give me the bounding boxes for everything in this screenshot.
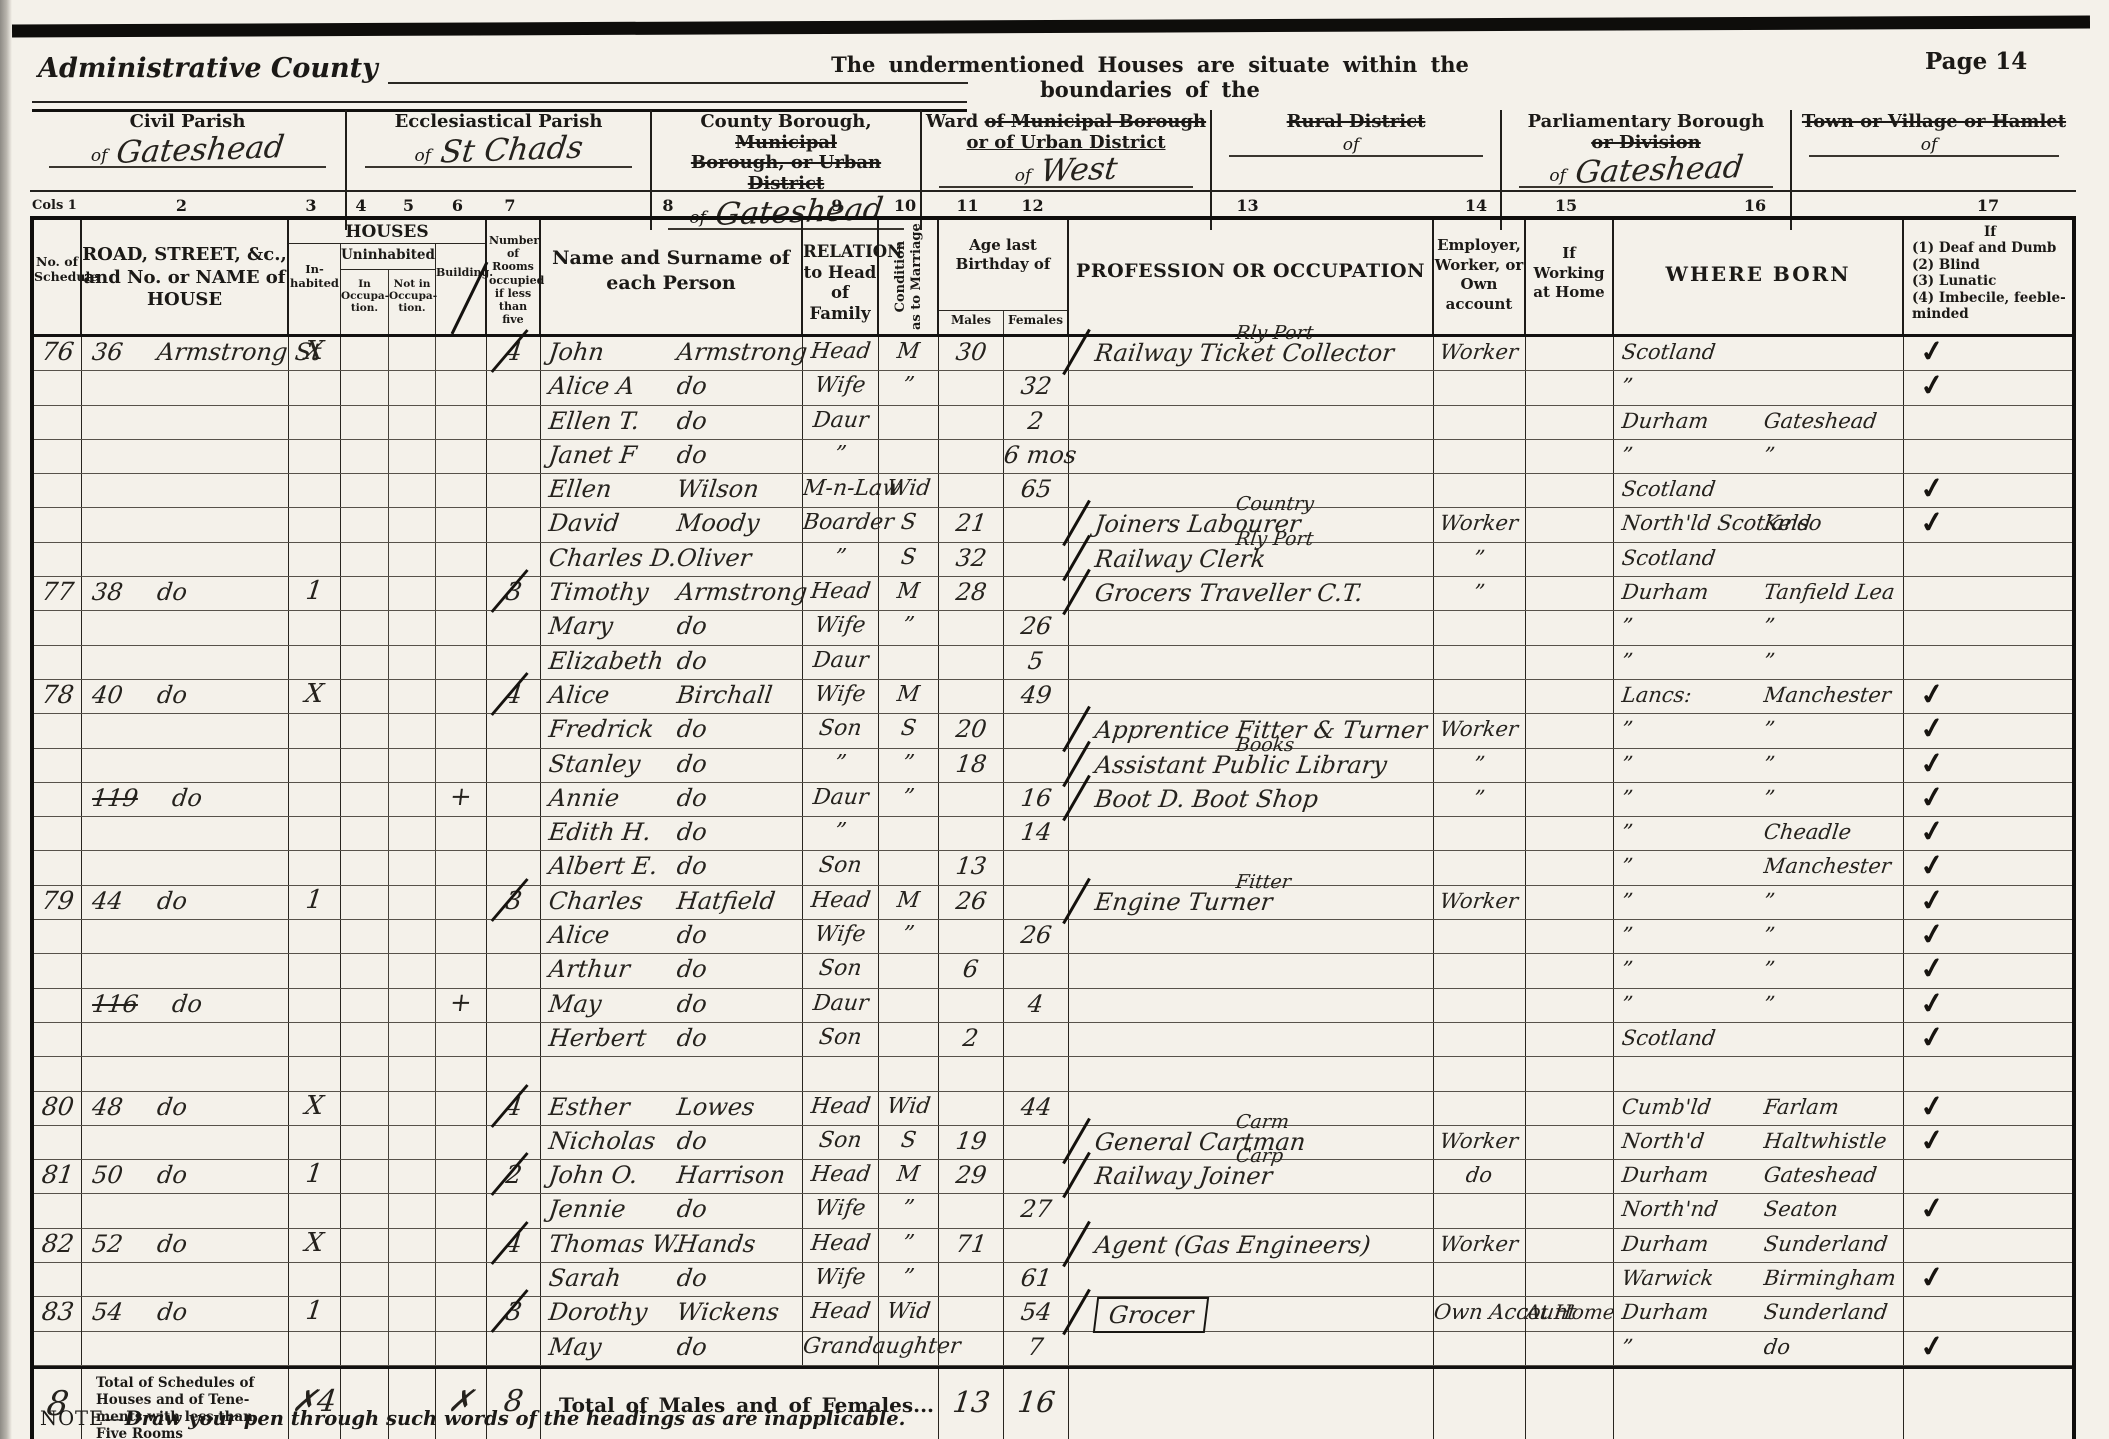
cell-working-at-home (1526, 1229, 1614, 1262)
district-label-line1: Ward (926, 111, 978, 132)
person-surname: do (675, 371, 708, 401)
cell-working-at-home (1526, 954, 1614, 987)
cell-not-in-occupation (389, 954, 436, 987)
cell-name: Charles D.Oliver (541, 543, 803, 576)
person-surname: do (675, 1263, 708, 1293)
table-row: AlicedoWife”26””✓ (34, 920, 2072, 954)
check-mark: ✓ (1918, 1124, 1946, 1155)
cell-schedule: 76 (34, 337, 82, 370)
inhabited-mark: 1 (304, 886, 324, 914)
born-place: ” (1762, 749, 1776, 779)
employer-value: Worker (1439, 508, 1521, 538)
house-number: 36 (90, 337, 125, 370)
total-infirmity-empty (1904, 1369, 2072, 1439)
cell-rooms (487, 440, 541, 473)
cell-schedule: 77 (34, 577, 82, 610)
born-county: North'nd (1620, 1194, 1719, 1224)
cell-in-occupation (341, 1332, 389, 1365)
cell-where-born: ”” (1614, 749, 1904, 782)
table-row: Alice AdoWife”32”✓ (34, 371, 2072, 405)
person-forename: May (547, 989, 603, 1019)
cell-age-female (1004, 1126, 1069, 1159)
cell-age-female (1004, 577, 1069, 610)
table-row: 119do+AnniedoDaur”16Boot D. Boot Shop”””… (34, 783, 2072, 817)
person-surname: Oliver (675, 543, 753, 573)
cell-in-occupation (341, 749, 389, 782)
cell-infirmity: ✓ (1904, 886, 2072, 919)
schedule-number: 80 (40, 1092, 75, 1122)
cell-working-at-home: At Home (1526, 1297, 1614, 1333)
cell-inhabited (289, 920, 341, 953)
cell-infirmity: ✓ (1904, 1092, 2072, 1125)
cell-infirmity: ✓ (1904, 1023, 2072, 1056)
cell-age-male (939, 989, 1004, 1022)
table-row: DavidMoodyBoarderS21CountryJoiners Labou… (34, 508, 2072, 542)
relation-value: Son (817, 1023, 863, 1053)
cell-working-at-home (1526, 851, 1614, 884)
cell-schedule (34, 508, 82, 541)
inhabited-mark: X (304, 680, 326, 708)
person-forename: Ellen (547, 474, 613, 504)
cell-address: 119do (82, 783, 289, 816)
cell-rooms (487, 783, 541, 816)
cell-profession: Grocer (1069, 1297, 1434, 1333)
relation-value: Head (809, 1160, 872, 1190)
table-row: 8252doX4Thomas W.HandsHead”71Agent (Gas … (34, 1229, 2072, 1263)
check-mark: ✓ (1918, 953, 1946, 984)
inhabited-mark: X (304, 337, 326, 365)
relation-value: Daur (811, 406, 870, 436)
born-place: ” (1762, 920, 1776, 950)
district-label-line1: Ecclesiastical Parish (395, 111, 603, 132)
relation-value: Daur (811, 989, 870, 1019)
cell-age-female: 61 (1004, 1263, 1069, 1296)
cell-in-occupation (341, 954, 389, 987)
table-row: SarahdoWife”61WarwickBirmingham✓ (34, 1263, 2072, 1297)
born-place: Kelso (1762, 508, 1823, 538)
relation-value: ” (833, 817, 848, 847)
cell-working-at-home (1526, 920, 1614, 953)
employer-value: Worker (1439, 1229, 1521, 1259)
condition-value: ” (901, 611, 916, 641)
cell-working-at-home (1526, 1057, 1614, 1090)
district-handwritten-value: Gateshead (115, 132, 286, 169)
page-number: Page 14 (1925, 48, 2027, 75)
age-female-value: 49 (1019, 680, 1053, 710)
cell-not-in-occupation (389, 543, 436, 576)
person-surname: Hands (675, 1229, 757, 1259)
header-inhabited: In- habited (289, 244, 341, 334)
cell-working-at-home (1526, 371, 1614, 404)
check-mark: ✓ (1918, 507, 1946, 538)
cell-age-female: 26 (1004, 611, 1069, 644)
cell-relation: Daur (803, 646, 879, 679)
relation-value: Son (817, 1126, 863, 1156)
district-label-line1: County Borough, (700, 111, 871, 132)
born-place: Haltwhistle (1762, 1126, 1888, 1156)
rooms-value: 4 (504, 1092, 524, 1122)
cell-building (436, 577, 487, 610)
condition-value: ” (901, 371, 916, 401)
cell-working-at-home (1526, 783, 1614, 816)
person-forename: Arthur (547, 954, 632, 984)
rooms-value: 4 (504, 337, 524, 367)
cell-in-occupation (341, 1057, 389, 1090)
header-males: Males (939, 310, 1004, 334)
person-forename: Timothy (547, 577, 650, 607)
cell-condition: S (879, 714, 939, 747)
cell-name: Nicholasdo (541, 1126, 803, 1159)
check-mark: ✓ (1918, 1090, 1946, 1121)
profession-value: Railway Joiner (1093, 1160, 1274, 1192)
cell-building (436, 920, 487, 953)
cell-address (82, 1126, 289, 1159)
cell-in-occupation (341, 886, 389, 919)
check-mark: ✓ (1918, 781, 1946, 812)
cell-not-in-occupation (389, 1332, 436, 1365)
cell-condition: ” (879, 611, 939, 644)
rooms-value: 3 (504, 886, 524, 916)
cell-where-born: Scotland (1614, 1023, 1904, 1056)
cell-inhabited: X (289, 337, 341, 370)
cell-where-born: ”do (1614, 1332, 1904, 1365)
cell-name: Stanleydo (541, 749, 803, 782)
cell-rooms (487, 371, 541, 404)
cell-infirmity (1904, 611, 2072, 644)
cell-infirmity (1904, 1160, 2072, 1193)
cell-profession (1069, 440, 1434, 473)
born-place: Gateshead (1762, 1160, 1879, 1190)
table-row: JenniedoWife”27North'ndSeaton✓ (34, 1194, 2072, 1228)
condition-value: S (899, 508, 918, 538)
cell-infirmity: ✓ (1904, 817, 2072, 850)
header-relation: RELATION to Head of Family (803, 220, 879, 334)
cell-not-in-occupation (389, 1229, 436, 1262)
profession-value: Assistant Public Library (1093, 749, 1389, 781)
cell-age-female (1004, 954, 1069, 987)
table-row: MarydoWife”26”” (34, 611, 2072, 645)
cell-in-occupation (341, 714, 389, 747)
house-number: 48 (90, 1092, 125, 1125)
born-county: ” (1620, 440, 1634, 470)
district-value: ofSt Chads (365, 135, 632, 168)
table-row: Albert E.doSon13”Manchester✓ (34, 851, 2072, 885)
cell-not-in-occupation (389, 783, 436, 816)
born-county: ” (1620, 371, 1634, 401)
cell-building (436, 1263, 487, 1296)
inhabited-mark: 1 (304, 577, 324, 605)
district-label: Town or Village or Hamlet (1802, 112, 2066, 133)
cell-name: Sarahdo (541, 1263, 803, 1296)
cell-address (82, 611, 289, 644)
header-road: ROAD, STREET, &c., and No. or NAME of HO… (82, 220, 289, 334)
relation-value: ” (833, 440, 848, 470)
cell-rooms: 3 (487, 577, 541, 610)
cell-condition: ” (879, 1194, 939, 1227)
cell-relation: ” (803, 817, 879, 850)
cell-employer (1434, 474, 1526, 507)
relation-value: ” (833, 749, 848, 779)
person-forename: Edith H. (547, 817, 653, 847)
cell-employer: Worker (1434, 508, 1526, 541)
cell-where-born: DurhamSunderland (1614, 1229, 1904, 1262)
district-label-line2: Borough, or Urban District (691, 152, 881, 194)
cell-address (82, 817, 289, 850)
cell-age-male (939, 1263, 1004, 1296)
born-county: Scotland (1620, 337, 1717, 367)
inhabited-mark: X (304, 1092, 326, 1120)
cell-address (82, 543, 289, 576)
cell-not-in-occupation (389, 989, 436, 1022)
relation-value: Wife (813, 680, 867, 710)
cell-not-in-occupation (389, 1023, 436, 1056)
age-male-value: 2 (962, 1023, 981, 1053)
born-county: ” (1620, 886, 1634, 916)
cell-where-born: DurhamGateshead (1614, 406, 1904, 439)
person-surname: do (675, 1332, 708, 1362)
cell-where-born: Scotland (1614, 543, 1904, 576)
district-label-line1b: Municipal (735, 132, 837, 153)
cell-not-in-occupation (389, 1057, 436, 1090)
cell-schedule (34, 406, 82, 439)
column-number: 8 (537, 196, 799, 215)
cell-where-born: ”” (1614, 989, 1904, 1022)
age-female-value: 44 (1019, 1092, 1053, 1122)
cell-address (82, 646, 289, 679)
cell-building (436, 954, 487, 987)
cell-name: Maydo (541, 989, 803, 1022)
cell-profession (1069, 406, 1434, 439)
cell-in-occupation (341, 783, 389, 816)
cell-where-born: ”” (1614, 440, 1904, 473)
cell-name: Janet Fdo (541, 440, 803, 473)
check-mark: ✓ (1918, 1021, 1946, 1052)
cell-age-female: 4 (1004, 989, 1069, 1022)
employer-value: ” (1472, 543, 1486, 573)
cell-schedule (34, 1057, 82, 1090)
table-row: 7944do13CharlesHatfieldHeadM26FitterEngi… (34, 886, 2072, 920)
cell-employer (1434, 440, 1526, 473)
cell-name: Alice Ado (541, 371, 803, 404)
cell-infirmity: ✓ (1904, 508, 2072, 541)
cell-name: EstherLowes (541, 1092, 803, 1125)
employer-value: Worker (1439, 337, 1521, 367)
born-county: ” (1620, 851, 1634, 881)
check-mark: ✓ (1918, 335, 1946, 366)
check-mark: ✓ (1918, 713, 1946, 744)
district-label: Parliamentary Boroughor Division (1528, 112, 1765, 153)
header-not-in-occupation: Not in Occupa- tion. (389, 270, 436, 334)
cell-age-male (939, 680, 1004, 713)
condition-value: ” (901, 1229, 916, 1259)
house-number: 50 (90, 1160, 125, 1193)
cell-rooms (487, 611, 541, 644)
cell-age-male: 26 (939, 886, 1004, 919)
person-forename: Nicholas (547, 1126, 657, 1156)
person-surname: do (675, 406, 708, 436)
cell-inhabited (289, 1023, 341, 1056)
born-place: ” (1762, 886, 1776, 916)
house-name: do (155, 886, 189, 919)
cell-in-occupation (341, 337, 389, 370)
cell-inhabited (289, 749, 341, 782)
cell-infirmity: ✓ (1904, 1194, 2072, 1227)
cell-not-in-occupation (389, 1126, 436, 1159)
cell-rooms (487, 954, 541, 987)
cell-name: Anniedo (541, 783, 803, 816)
total-born-empty (1614, 1369, 1904, 1439)
house-name: do (170, 989, 204, 1022)
cell-infirmity (1904, 1229, 2072, 1262)
person-surname: Birchall (675, 680, 774, 710)
cell-profession: Boot D. Boot Shop (1069, 783, 1434, 816)
district-value: of (1809, 135, 2059, 157)
header-condition: Condition as to Marriage (879, 220, 939, 334)
age-male-value: 71 (954, 1229, 988, 1259)
cell-building (436, 371, 487, 404)
building-mark: + (448, 783, 473, 811)
cell-infirmity: ✓ (1904, 1263, 2072, 1296)
person-surname: Armstrong (675, 337, 809, 367)
age-female-value: 26 (1019, 920, 1053, 950)
born-place: Gateshead (1762, 406, 1879, 436)
cell-relation: Head (803, 1092, 879, 1125)
check-mark: ✓ (1918, 816, 1946, 847)
born-county: ” (1620, 646, 1634, 676)
cell-condition (879, 989, 939, 1022)
person-surname: Harrison (675, 1160, 787, 1190)
cell-relation: Grandaughter (803, 1332, 879, 1365)
cell-building (436, 440, 487, 473)
cell-not-in-occupation (389, 1092, 436, 1125)
cell-rooms (487, 1057, 541, 1090)
cell-rooms: 3 (487, 1297, 541, 1333)
cell-profession (1069, 1263, 1434, 1296)
cell-employer: Worker (1434, 337, 1526, 370)
person-forename: David (547, 508, 621, 538)
cell-infirmity (1904, 577, 2072, 610)
district-label-line1: Parliamentary Borough (1528, 111, 1765, 132)
cell-working-at-home (1526, 1126, 1614, 1159)
person-forename: Janet F (547, 440, 638, 470)
cell-relation: ” (803, 440, 879, 473)
house-name: do (155, 1092, 189, 1125)
cell-building (436, 851, 487, 884)
column-number: 14 (1430, 196, 1522, 215)
column-number: 12 (1000, 196, 1065, 215)
cell-address (82, 749, 289, 782)
cell-condition: Wid (879, 474, 939, 507)
condition-value: M (895, 680, 921, 710)
cell-where-born: ”” (1614, 954, 1904, 987)
cell-address (82, 1332, 289, 1365)
cell-where-born: ”” (1614, 646, 1904, 679)
cell-profession: Rly PortRailway Clerk (1069, 543, 1434, 576)
cell-employer (1434, 1023, 1526, 1056)
cell-rooms: 3 (487, 886, 541, 919)
cell-name: Maydo (541, 1332, 803, 1365)
cell-where-born: DurhamGateshead (1614, 1160, 1904, 1193)
table-row: Edith H.do”14”Cheadle✓ (34, 817, 2072, 851)
cell-schedule: 80 (34, 1092, 82, 1125)
cell-address (82, 1057, 289, 1090)
relation-value: Wife (813, 371, 867, 401)
person-surname: do (675, 1194, 708, 1224)
age-male-value: 30 (954, 337, 988, 367)
cell-age-female (1004, 1160, 1069, 1193)
column-number: 17 (1900, 196, 2076, 215)
cell-rooms: 4 (487, 680, 541, 713)
relation-value: Head (809, 577, 872, 607)
cell-inhabited: 1 (289, 886, 341, 919)
working-at-home-value: At Home (1524, 1297, 1616, 1327)
district-label-line1: Town or Village or Hamlet (1802, 111, 2066, 132)
cell-age-male: 19 (939, 1126, 1004, 1159)
cell-inhabited: X (289, 1229, 341, 1262)
cell-rooms (487, 817, 541, 850)
cell-in-occupation (341, 577, 389, 610)
cell-age-male (939, 474, 1004, 507)
cell-relation: Wife (803, 371, 879, 404)
cell-where-born: North'ld ScotlandKelso (1614, 508, 1904, 541)
cell-employer: Worker (1434, 1126, 1526, 1159)
cell-employer (1434, 851, 1526, 884)
cell-building (436, 474, 487, 507)
employer-value: do (1465, 1160, 1495, 1190)
person-surname: do (675, 989, 708, 1019)
cell-not-in-occupation (389, 577, 436, 610)
person-forename: Esther (547, 1092, 631, 1122)
table-row: Janet Fdo”6 mos”” (34, 440, 2072, 474)
cell-building (436, 1126, 487, 1159)
cell-employer (1434, 1263, 1526, 1296)
header-infirmity: If (1) Deaf and Dumb (2) Blind (3) Lunat… (1904, 220, 2072, 334)
person-surname: do (675, 646, 708, 676)
cell-where-born: North'dHaltwhistle (1614, 1126, 1904, 1159)
column-number: 3 (285, 196, 337, 215)
cell-inhabited (289, 406, 341, 439)
district-value: of (1229, 135, 1482, 157)
age-female-value: 6 mos (1002, 440, 1078, 470)
born-county: ” (1620, 714, 1634, 744)
cell-profession: FitterEngine Turner (1069, 886, 1434, 919)
cell-where-born: ”” (1614, 611, 1904, 644)
administrative-county-label: Administrative County (38, 53, 378, 84)
column-number: 5 (385, 196, 432, 215)
cell-age-female (1004, 714, 1069, 747)
age-female-value: 26 (1019, 611, 1053, 641)
header-in-occupation: In Occupa- tion. (341, 270, 389, 334)
column-number: 13 (1065, 196, 1430, 215)
condition-value: M (895, 886, 921, 916)
column-number: 9 (799, 196, 875, 215)
person-forename: John (547, 337, 606, 367)
cell-not-in-occupation (389, 817, 436, 850)
cell-condition (879, 440, 939, 473)
cell-age-male (939, 1194, 1004, 1227)
born-county: Scotland (1620, 474, 1717, 504)
relation-value: Head (809, 337, 872, 367)
cell-condition: ” (879, 1263, 939, 1296)
cell-relation: Head (803, 1229, 879, 1262)
cell-name: Jenniedo (541, 1194, 803, 1227)
cell-address: 54do (82, 1297, 289, 1333)
cell-address (82, 440, 289, 473)
cell-name: Marydo (541, 611, 803, 644)
cell-in-occupation (341, 371, 389, 404)
cell-employer (1434, 989, 1526, 1022)
person-forename: Annie (547, 783, 621, 813)
